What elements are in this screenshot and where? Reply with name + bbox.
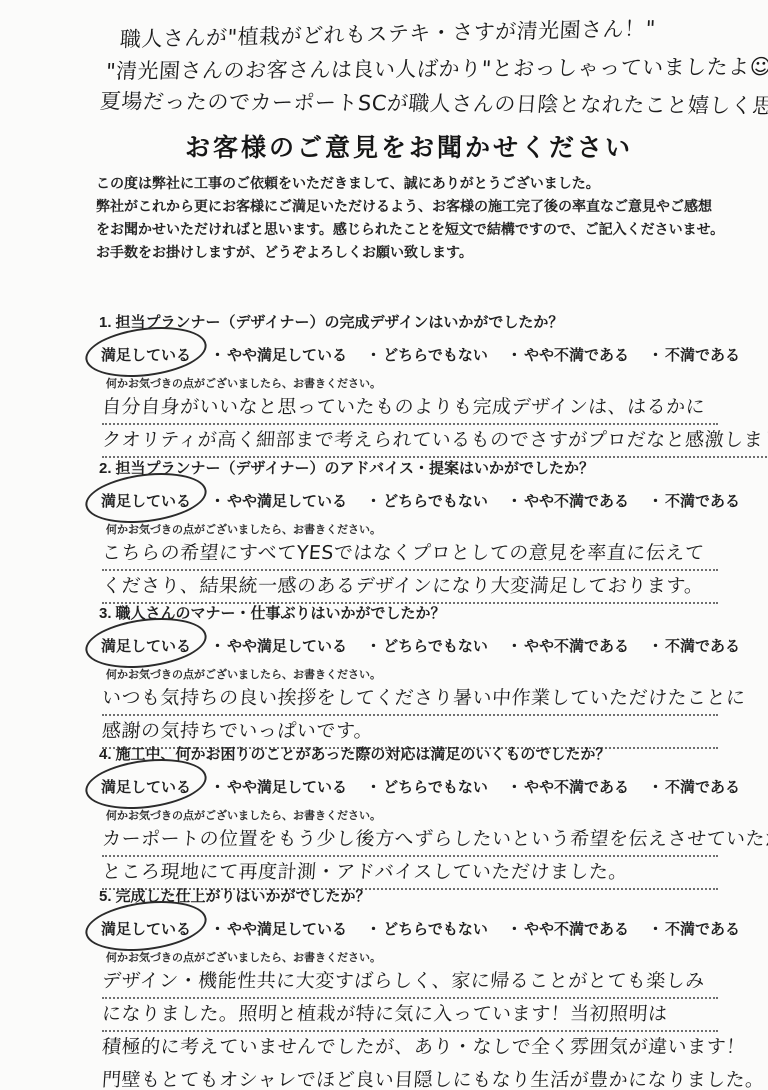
answer-prompt: 何かお気づきの点がございましたら、お書きください。 <box>106 949 760 965</box>
answer-line: こちらの希望にすべてYESではなくプロとしての意見を率直に伝えて <box>102 538 718 571</box>
answer-line: 積極的に考えていませんでしたが、あり・なしで全く雰囲気が違います！ <box>102 1032 760 1065</box>
option-bullet: ・ <box>507 490 522 511</box>
question-1: 1.担当プランナー（デザイナー）の完成デザインはいかがでしたか？ 満足している … <box>99 311 760 458</box>
intro-line: をお聞かせいただければと思います。感じられたことを短文で結構ですので、ご記入くだ… <box>96 218 762 241</box>
answer-line: になりました。照明と植栽が特に気に入っています！当初照明は <box>102 999 718 1032</box>
answer-area: 自分自身がいいなと思っていたものよりも完成デザインは、はるかに クオリティが高く… <box>102 392 760 458</box>
option-label: やや満足している <box>227 490 347 511</box>
question-text: 4.施工中、何かお困りのことがあった際の対応は満足のいくものでしたか？ <box>99 743 760 764</box>
question-text: 3.職人さんのマナー・仕事ぶりはいかがでしたか？ <box>99 602 760 623</box>
option-neutral: ・どちらでもない <box>366 490 488 511</box>
option-somewhat-satisfied: ・やや満足している <box>210 344 347 365</box>
option-label: 満足している <box>101 776 191 797</box>
question-label: 職人さんのマナー・仕事ぶりはいかがでしたか？ <box>116 605 446 622</box>
handwritten-text: こちらの希望にすべてYESではなくプロとしての意見を率直に伝えて <box>101 538 705 569</box>
question-label: 施工中、何かお困りのことがあった際の対応は満足のいくものでしたか？ <box>116 746 611 763</box>
question-label: 完成した仕上がりはいかがでしたか？ <box>116 888 371 905</box>
option-label: やや満足している <box>227 635 347 656</box>
option-dissatisfied: ・不満である <box>648 490 740 511</box>
answer-line: くださり、結果統一感のあるデザインになり大変満足しております。 <box>102 571 718 604</box>
option-label: 満足している <box>101 635 191 656</box>
handwritten-text: になりました。照明と植栽が特に気に入っています！当初照明は <box>101 999 669 1030</box>
option-somewhat-satisfied: ・やや満足している <box>210 635 347 656</box>
options-row: 満足している ・やや満足している ・どちらでもない ・やや不満である ・不満であ… <box>101 918 760 939</box>
option-bullet: ・ <box>366 918 381 939</box>
question-label: 担当プランナー（デザイナー）のアドバイス・提案はいかがでしたか？ <box>116 460 595 477</box>
option-label: 不満である <box>665 490 740 511</box>
handwritten-text: くださり、結果統一感のあるデザインになり大変満足しております。 <box>101 571 705 602</box>
handwritten-text: いつも気持ちの良い挨拶をしてくださり暑い中作業していただけたことに <box>101 683 747 714</box>
option-label: 不満である <box>665 344 740 365</box>
option-satisfied: 満足している <box>101 776 191 797</box>
answer-line: クオリティが高く細部まで考えられているものでさすがプロだなと感激しました。 <box>102 425 768 458</box>
options-row: 満足している ・やや満足している ・どちらでもない ・やや不満である ・不満であ… <box>101 344 760 365</box>
question-4: 4.施工中、何かお困りのことがあった際の対応は満足のいくものでしたか？ 満足して… <box>99 743 760 890</box>
option-somewhat-satisfied: ・やや満足している <box>210 776 347 797</box>
option-label: やや不満である <box>524 918 629 939</box>
options-row: 満足している ・やや満足している ・どちらでもない ・やや不満である ・不満であ… <box>101 635 760 656</box>
intro-line: お手数をお掛けしますが、どうぞよろしくお願い致します。 <box>96 241 762 264</box>
option-label: やや満足している <box>227 918 347 939</box>
answer-prompt: 何かお気づきの点がございましたら、お書きください。 <box>106 666 760 682</box>
question-3: 3.職人さんのマナー・仕事ぶりはいかがでしたか？ 満足している ・やや満足してい… <box>99 602 760 749</box>
options-row: 満足している ・やや満足している ・どちらでもない ・やや不満である ・不満であ… <box>101 490 760 511</box>
option-label: 満足している <box>101 918 191 939</box>
option-dissatisfied: ・不満である <box>648 918 740 939</box>
intro-line: 弊社がこれから更にお客様にご満足いただけるよう、お客様の施工完了後の率直なご意見… <box>96 195 762 218</box>
option-neutral: ・どちらでもない <box>366 776 488 797</box>
option-label: やや不満である <box>524 344 629 365</box>
option-satisfied: 満足している <box>101 344 191 365</box>
handwritten-text: 夏場だったのでカーポートSCが職人さんの日陰となれたこと嬉しく思います。外 <box>99 85 768 120</box>
option-neutral: ・どちらでもない <box>366 344 488 365</box>
option-label: やや不満である <box>524 490 629 511</box>
handwritten-text: カーポートの位置をもう少し後方へずらしたいという希望を伝えさせていただいた <box>101 824 768 855</box>
option-label: やや不満である <box>524 635 629 656</box>
answer-prompt: 何かお気づきの点がございましたら、お書きください。 <box>106 375 760 391</box>
question-number: 3. <box>99 605 112 622</box>
question-2: 2.担当プランナー（デザイナー）のアドバイス・提案はいかがでしたか？ 満足してい… <box>99 457 760 604</box>
option-neutral: ・どちらでもない <box>366 918 488 939</box>
answer-area: カーポートの位置をもう少し後方へずらしたいという希望を伝えさせていただいた とこ… <box>102 824 760 890</box>
option-bullet: ・ <box>507 918 522 939</box>
option-bullet: ・ <box>648 776 663 797</box>
handwritten-text: ところ現地にて再度計測・アドバイスしていただけました。 <box>101 857 629 888</box>
option-bullet: ・ <box>507 776 522 797</box>
answer-area: デザイン・機能性共に大変すばらしく、家に帰ることがとても楽しみ になりました。照… <box>102 966 760 1090</box>
question-number: 4. <box>99 746 112 763</box>
handwritten-text: 職人さんが"植栽がどれもステキ・さすが清光園さん！" <box>119 12 656 53</box>
option-somewhat-dissatisfied: ・やや不満である <box>507 490 629 511</box>
option-label: 不満である <box>665 635 740 656</box>
handwritten-text: クオリティが高く細部まで考えられているものでさすがプロだなと感激しました。 <box>101 425 768 456</box>
option-bullet: ・ <box>210 918 225 939</box>
option-bullet: ・ <box>366 344 381 365</box>
answer-prompt: 何かお気づきの点がございましたら、お書きください。 <box>106 521 760 537</box>
option-label: やや満足している <box>227 776 347 797</box>
option-dissatisfied: ・不満である <box>648 776 740 797</box>
option-label: やや満足している <box>227 344 347 365</box>
option-label: やや不満である <box>524 776 629 797</box>
answer-area: いつも気持ちの良い挨拶をしてくださり暑い中作業していただけたことに 感謝の気持ち… <box>102 683 760 749</box>
question-number: 1. <box>99 314 112 331</box>
handwritten-text: 門壁もとてもオシャレでほど良い目隠しにもなり生活が豊かになりました。 <box>101 1065 766 1090</box>
option-label: どちらでもない <box>383 918 488 939</box>
option-bullet: ・ <box>210 776 225 797</box>
option-bullet: ・ <box>366 490 381 511</box>
handwritten-text: "清光園さんのお客さんは良い人ばかり"とおっしゃっていましたよ☺ <box>105 51 768 86</box>
option-bullet: ・ <box>648 635 663 656</box>
option-somewhat-dissatisfied: ・やや不満である <box>507 776 629 797</box>
option-satisfied: 満足している <box>101 490 191 511</box>
option-label: 不満である <box>665 776 740 797</box>
option-dissatisfied: ・不満である <box>648 635 740 656</box>
handwritten-text: デザイン・機能性共に大変すばらしく、家に帰ることがとても楽しみ <box>101 966 706 997</box>
option-bullet: ・ <box>366 635 381 656</box>
option-label: どちらでもない <box>383 344 488 365</box>
question-text: 5.完成した仕上がりはいかがでしたか？ <box>99 885 760 906</box>
answer-line: 自分自身がいいなと思っていたものよりも完成デザインは、はるかに <box>102 392 718 425</box>
question-text: 2.担当プランナー（デザイナー）のアドバイス・提案はいかがでしたか？ <box>99 457 760 478</box>
option-bullet: ・ <box>507 635 522 656</box>
option-bullet: ・ <box>648 490 663 511</box>
option-somewhat-dissatisfied: ・やや不満である <box>507 918 629 939</box>
page-title: お客様のご意見をお聞かせください <box>60 128 758 164</box>
option-bullet: ・ <box>648 918 663 939</box>
question-label: 担当プランナー（デザイナー）の完成デザインはいかがでしたか？ <box>116 314 564 331</box>
option-label: 満足している <box>101 344 191 365</box>
answer-line: 門壁もとてもオシャレでほど良い目隠しにもなり生活が豊かになりました。 <box>102 1065 760 1090</box>
option-bullet: ・ <box>210 490 225 511</box>
answer-prompt: 何かお気づきの点がございましたら、お書きください。 <box>106 807 760 823</box>
option-label: 不満である <box>665 918 740 939</box>
option-bullet: ・ <box>507 344 522 365</box>
answer-line: いつも気持ちの良い挨拶をしてくださり暑い中作業していただけたことに <box>102 683 718 716</box>
option-bullet: ・ <box>210 344 225 365</box>
answer-line: デザイン・機能性共に大変すばらしく、家に帰ることがとても楽しみ <box>102 966 718 999</box>
question-text: 1.担当プランナー（デザイナー）の完成デザインはいかがでしたか？ <box>99 311 760 332</box>
question-number: 2. <box>99 460 112 477</box>
option-somewhat-satisfied: ・やや満足している <box>210 490 347 511</box>
option-satisfied: 満足している <box>101 918 191 939</box>
question-number: 5. <box>99 888 112 905</box>
handwritten-text: 自分自身がいいなと思っていたものよりも完成デザインは、はるかに <box>101 392 706 423</box>
scanned-survey-page: 職人さんが"植栽がどれもステキ・さすが清光園さん！" "清光園さんのお客さんは良… <box>0 0 768 1090</box>
option-bullet: ・ <box>648 344 663 365</box>
handwritten-text: 積極的に考えていませんでしたが、あり・なしで全く雰囲気が違います！ <box>101 1032 747 1063</box>
option-somewhat-dissatisfied: ・やや不満である <box>507 635 629 656</box>
intro-paragraph: この度は弊社に工事のご依頼をいただきまして、誠にありがとうございました。 弊社が… <box>96 172 762 264</box>
options-row: 満足している ・やや満足している ・どちらでもない ・やや不満である ・不満であ… <box>101 776 760 797</box>
option-label: どちらでもない <box>383 635 488 656</box>
option-label: どちらでもない <box>383 490 488 511</box>
option-label: 満足している <box>101 490 191 511</box>
option-somewhat-satisfied: ・やや満足している <box>210 918 347 939</box>
question-5: 5.完成した仕上がりはいかがでしたか？ 満足している ・やや満足している ・どち… <box>99 885 760 1090</box>
option-satisfied: 満足している <box>101 635 191 656</box>
option-bullet: ・ <box>366 776 381 797</box>
option-somewhat-dissatisfied: ・やや不満である <box>507 344 629 365</box>
answer-area: こちらの希望にすべてYESではなくプロとしての意見を率直に伝えて くださり、結果… <box>102 538 760 604</box>
answer-line: カーポートの位置をもう少し後方へずらしたいという希望を伝えさせていただいた <box>102 824 718 857</box>
option-neutral: ・どちらでもない <box>366 635 488 656</box>
option-bullet: ・ <box>210 635 225 656</box>
intro-line: この度は弊社に工事のご依頼をいただきまして、誠にありがとうございました。 <box>96 172 762 195</box>
option-label: どちらでもない <box>383 776 488 797</box>
option-dissatisfied: ・不満である <box>648 344 740 365</box>
